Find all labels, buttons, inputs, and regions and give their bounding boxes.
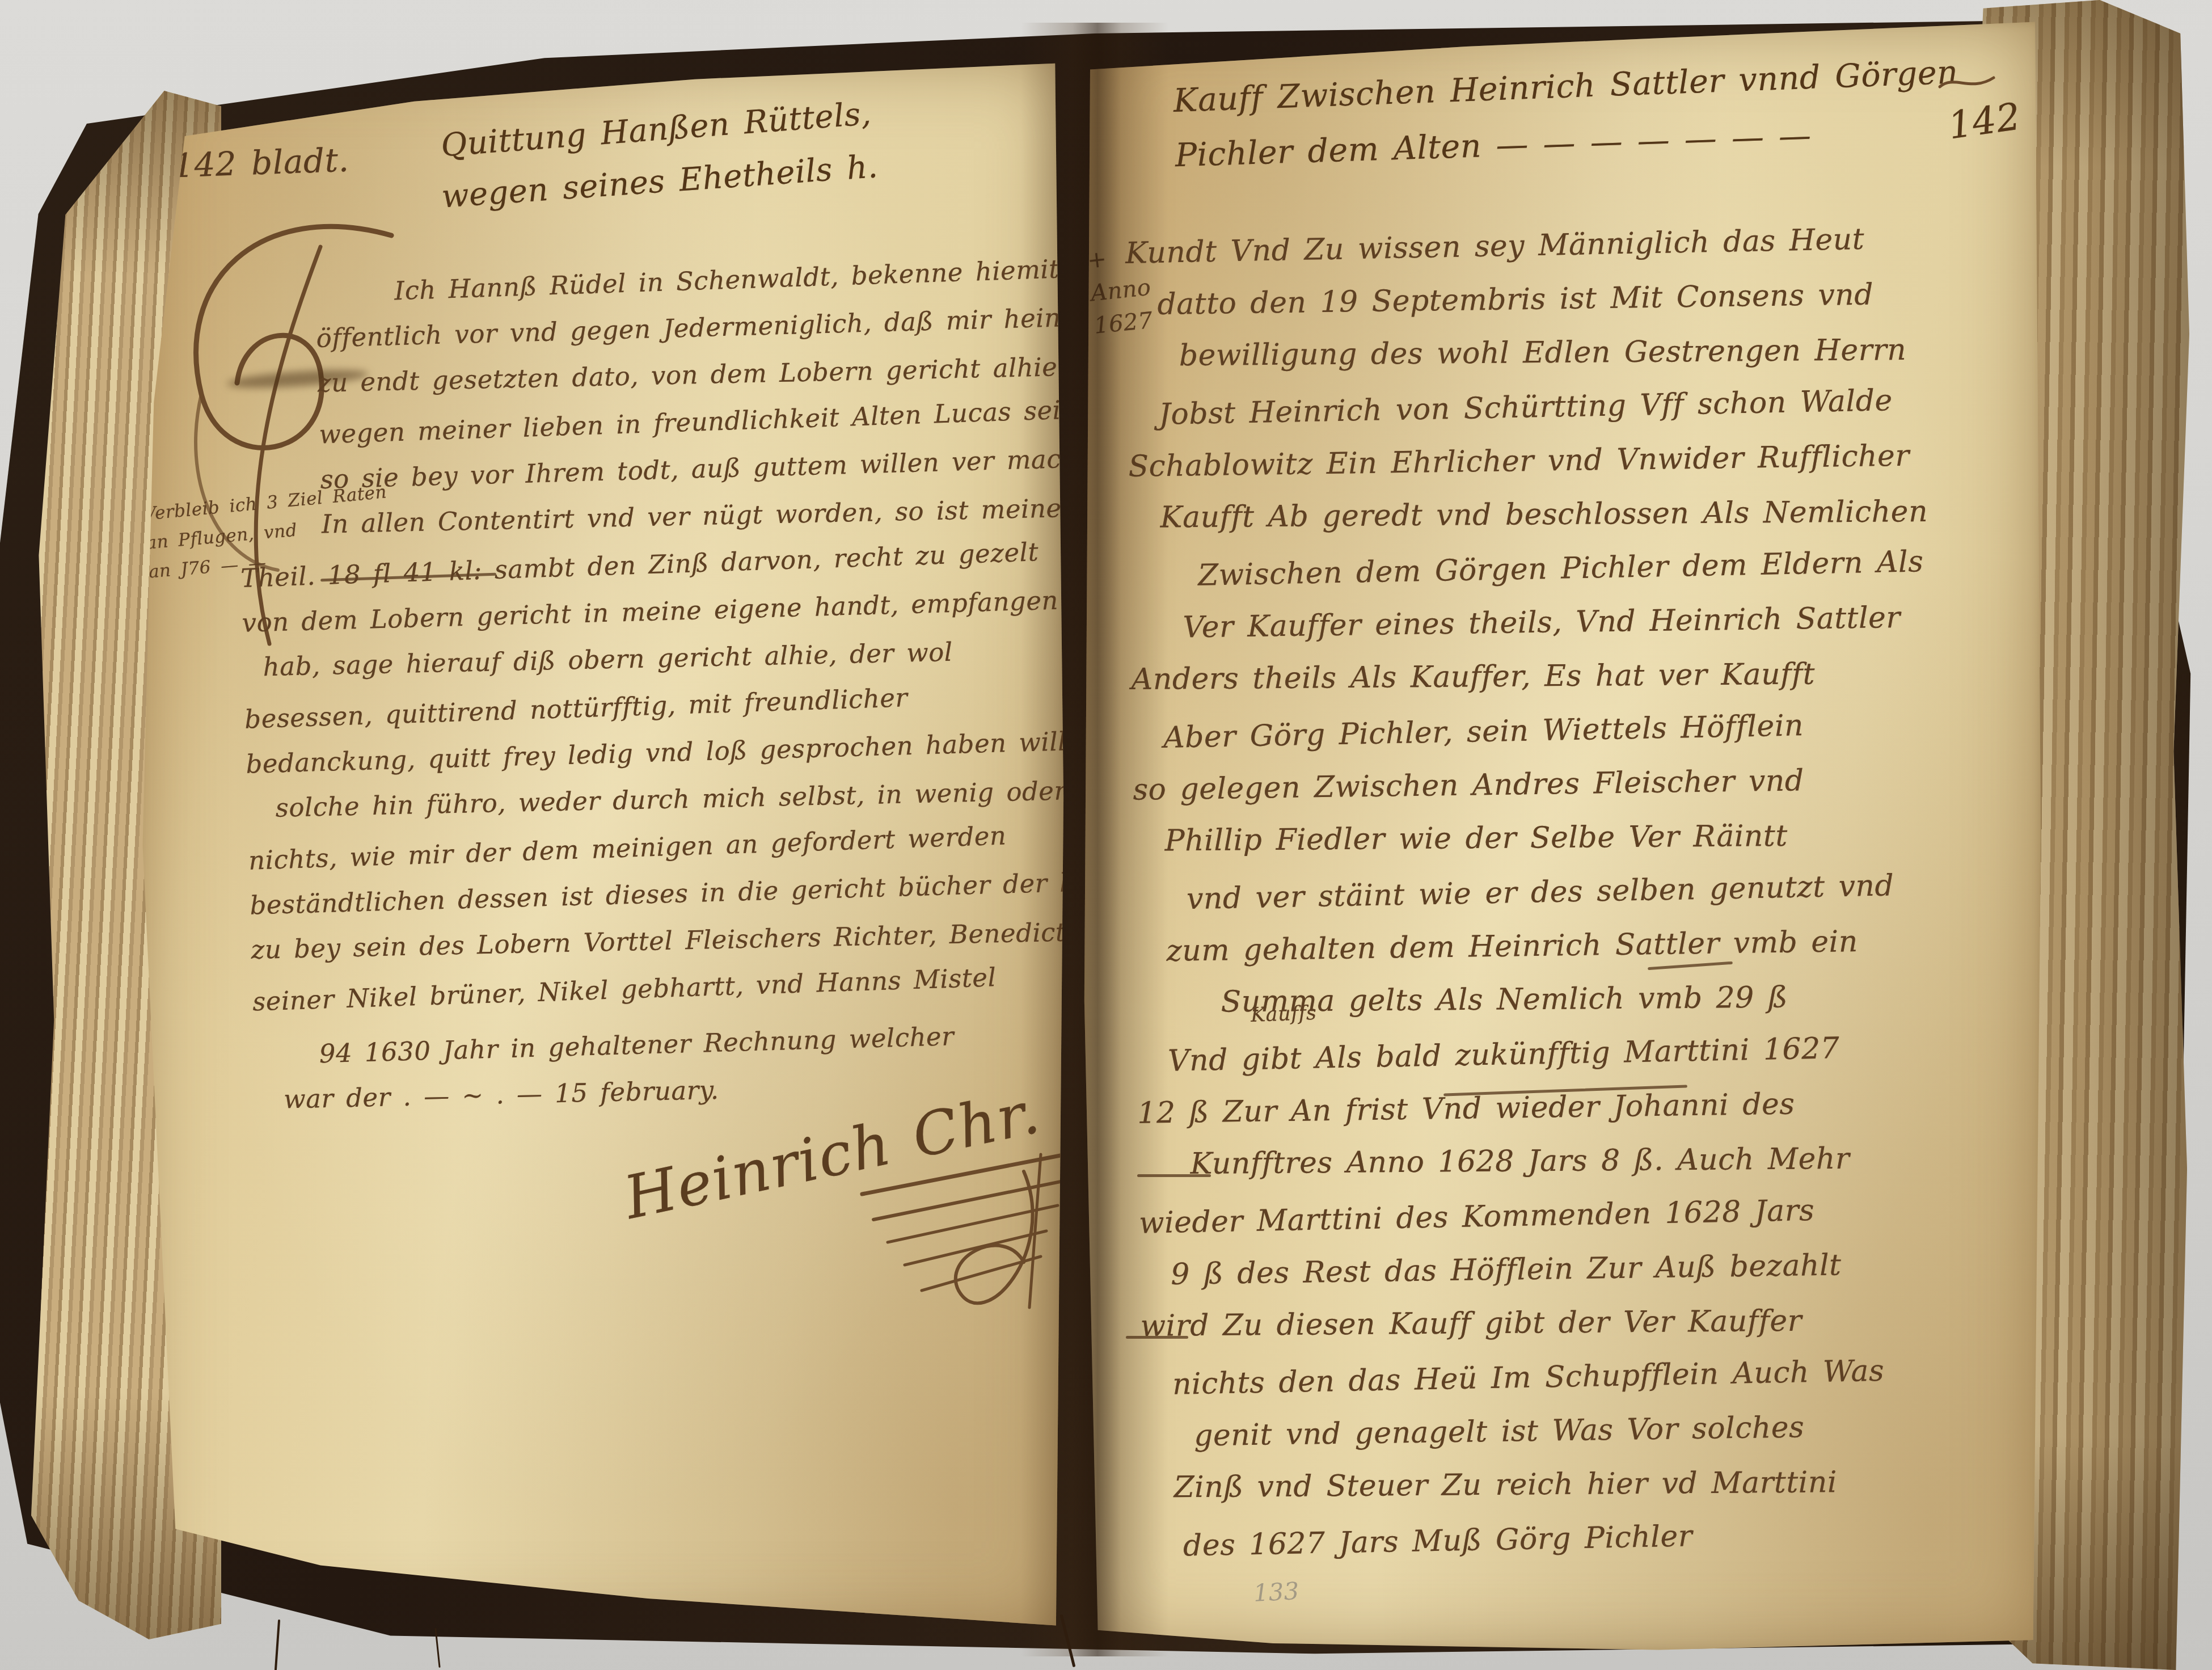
binding-thread	[275, 1620, 280, 1670]
left-body-text: Ich Hannß Rüdel in Schenwaldt, bekenne h…	[206, 246, 1126, 1127]
interline-note: Kauffs	[1250, 1002, 1317, 1027]
manuscript-photo: { "colors":{"backdrop":"#d6d5d2","page":…	[0, 0, 2212, 1670]
signature-paraph	[854, 1120, 1092, 1359]
pencil-folio-number: 133	[1253, 1577, 1300, 1607]
right-page: Kauff Zwischen Heinrich Sattler vnnd Gör…	[1080, 17, 2045, 1656]
left-entry-heading: Quittung Hanßen Rüttels,wegen seines Ehe…	[357, 83, 959, 229]
right-body-text: Kundt Vnd Zu wissen sey Männiglich das H…	[1125, 212, 2017, 1571]
sum-underline-9	[1126, 1336, 1188, 1339]
right-folio-number: 142	[1945, 95, 2023, 148]
folio-squiggle	[1937, 71, 1999, 94]
right-entry-heading: Kauff Zwischen Heinrich Sattler vnnd Gör…	[1172, 45, 1981, 184]
left-page: 142 bladt. Quittung Hanßen Rüttels,wegen…	[133, 54, 1069, 1637]
sum-underline-12	[1137, 1174, 1211, 1177]
left-folio-label: 142 bladt.	[172, 141, 349, 185]
manuscript-line: des 1627 Jars Muß Görg Pichler	[1183, 1503, 2017, 1573]
